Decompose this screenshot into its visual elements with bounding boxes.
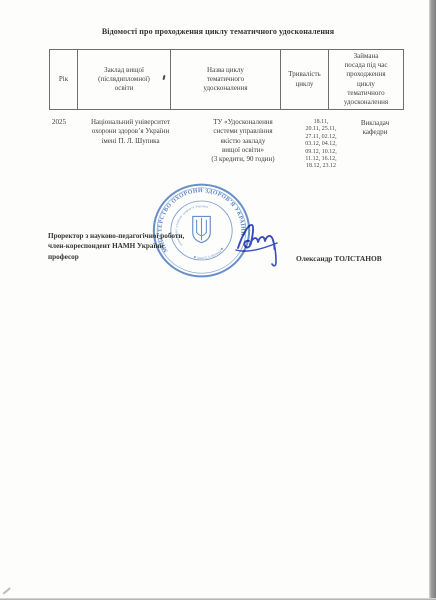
header-cell-duration: Тривалість циклу bbox=[281, 50, 329, 109]
cell-institution: Національний університет охорони здоров’… bbox=[83, 118, 178, 146]
cell-position: Викладач кафедри bbox=[340, 119, 410, 138]
page-title: Відомості про проходження циклу тематичн… bbox=[0, 27, 436, 36]
cell-cycle-name: ТУ «Удосконалення системи управління які… bbox=[189, 118, 297, 164]
header-cell-position: Займана посада під час проходження циклу… bbox=[329, 50, 403, 109]
header-cell-cycle-name: Назва циклу тематичного удосконалення bbox=[171, 50, 281, 109]
handwritten-signature bbox=[230, 216, 286, 272]
scan-corner-mark bbox=[3, 587, 11, 594]
cell-year: 2025 bbox=[45, 118, 73, 127]
cell-duration: 18.11, 20.11, 25.11, 27.11, 02.12, 03.12… bbox=[296, 119, 346, 171]
scan-edge-right bbox=[429, 0, 436, 600]
header-cell-institution: Заклад вищої (післядипломної) освіти bbox=[78, 50, 171, 109]
header-cell-year: Рік bbox=[50, 50, 78, 109]
signoff-name: Олександр ТОЛСТАНОВ bbox=[296, 254, 416, 263]
signoff-title: Проректор з науково-педагогічної роботи,… bbox=[48, 231, 223, 262]
qualification-table-header: Рік Заклад вищої (післядипломної) освіти… bbox=[49, 49, 404, 110]
